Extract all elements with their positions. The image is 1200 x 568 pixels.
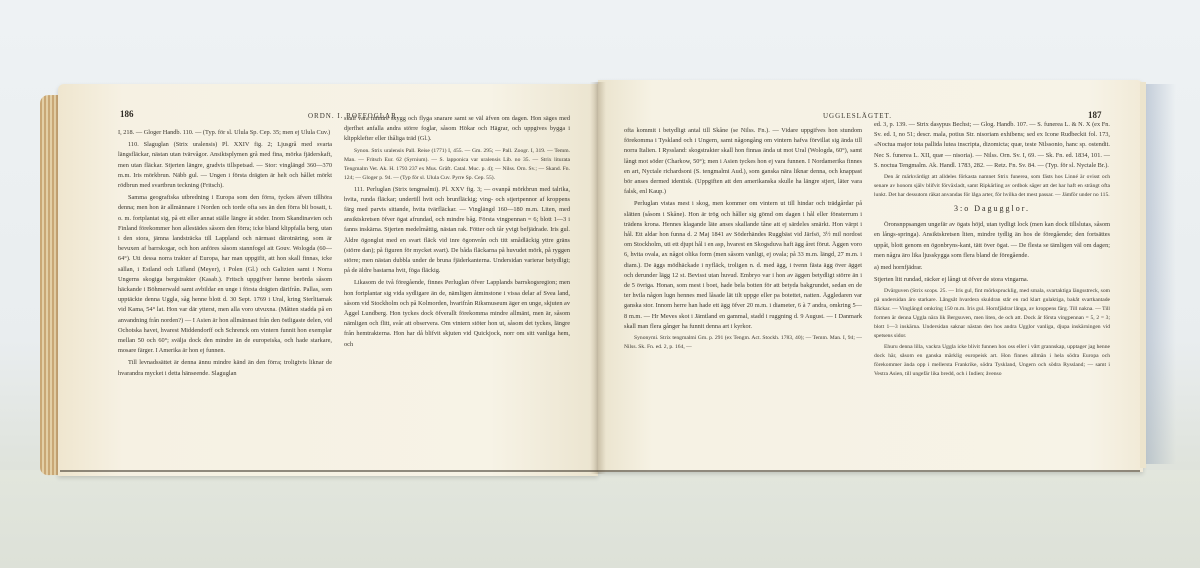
text-column-2: ed. 3, p. 139. — Strix dasypus Bechst; —… [874, 120, 1110, 420]
paragraph: Likasom de två föregående, finnes Perlug… [344, 278, 570, 349]
paragraph: Perluglan vistas mest i skog, men kommer… [624, 199, 862, 332]
book-shadow [1146, 84, 1176, 464]
subheading: a) med hornfjädrar. [874, 263, 1110, 273]
book-gutter [590, 82, 606, 474]
species-entry: Dvärguven (Strix scops. 25. — Iris gul, … [874, 287, 1110, 341]
text-column-2: skall vara mindre skygg och flyga snarar… [344, 114, 570, 468]
paragraph: Stjerten litt rundad, räcker ej långt ut… [874, 275, 1110, 285]
open-book: 186 ORDN. I. ROFFOGLAR. I, 218. — Gloger… [0, 0, 1200, 568]
paragraph: I, 218. — Gloger Handb. 110. — (Typ. för… [118, 128, 332, 138]
page-edge-right [1140, 82, 1146, 468]
text-column-1: I, 218. — Gloger Handb. 110. — (Typ. för… [118, 128, 332, 468]
note-block: Den är märkvärdigt att alldeles förkasta… [874, 173, 1110, 200]
page-number: 186 [120, 109, 134, 119]
paragraph: Öronsnppsangen ungefär av ögats höjd, ut… [874, 220, 1110, 261]
paragraph: ed. 3, p. 139. — Strix dasypus Bechst; —… [874, 120, 1110, 171]
paragraph: Till levnadssättet är denna ännu mindre … [118, 358, 332, 378]
paragraph: Samma geografiska utbredning i Europa so… [118, 193, 332, 356]
paragraph: 111. Perluglan (Strix tengmalmi). Pl. XX… [344, 185, 570, 277]
running-header: UGGLESLÄGTET. [823, 112, 892, 120]
left-page: 186 ORDN. I. ROFFOGLAR. I, 218. — Gloger… [58, 84, 598, 476]
paragraph: ofta kommit i betydligt antal till Skåne… [624, 126, 862, 197]
text-column-1: ofta kommit i betydligt antal till Skåne… [624, 126, 862, 416]
right-page: UGGLESLÄGTET. 187 ofta kommit i betydlig… [598, 80, 1143, 472]
synonym-block: Synonymi. Strix tengmalmi Gm. p. 291 (ex… [624, 334, 862, 352]
paragraph: 110. Slaguglan (Strix uralensis) Pl. XXI… [118, 140, 332, 191]
species-entry: Ehuru denna lilla, vackra Uggla icke bli… [874, 343, 1110, 379]
section-title: 3:o Dagugglor. [874, 204, 1110, 214]
paragraph: skall vara mindre skygg och flyga snarar… [344, 114, 570, 145]
page-number: 187 [1088, 110, 1102, 120]
synonym-block: Synon. Strix uralensis Pall. Reise (1771… [344, 147, 570, 183]
book-bottom-edge [60, 470, 1140, 472]
